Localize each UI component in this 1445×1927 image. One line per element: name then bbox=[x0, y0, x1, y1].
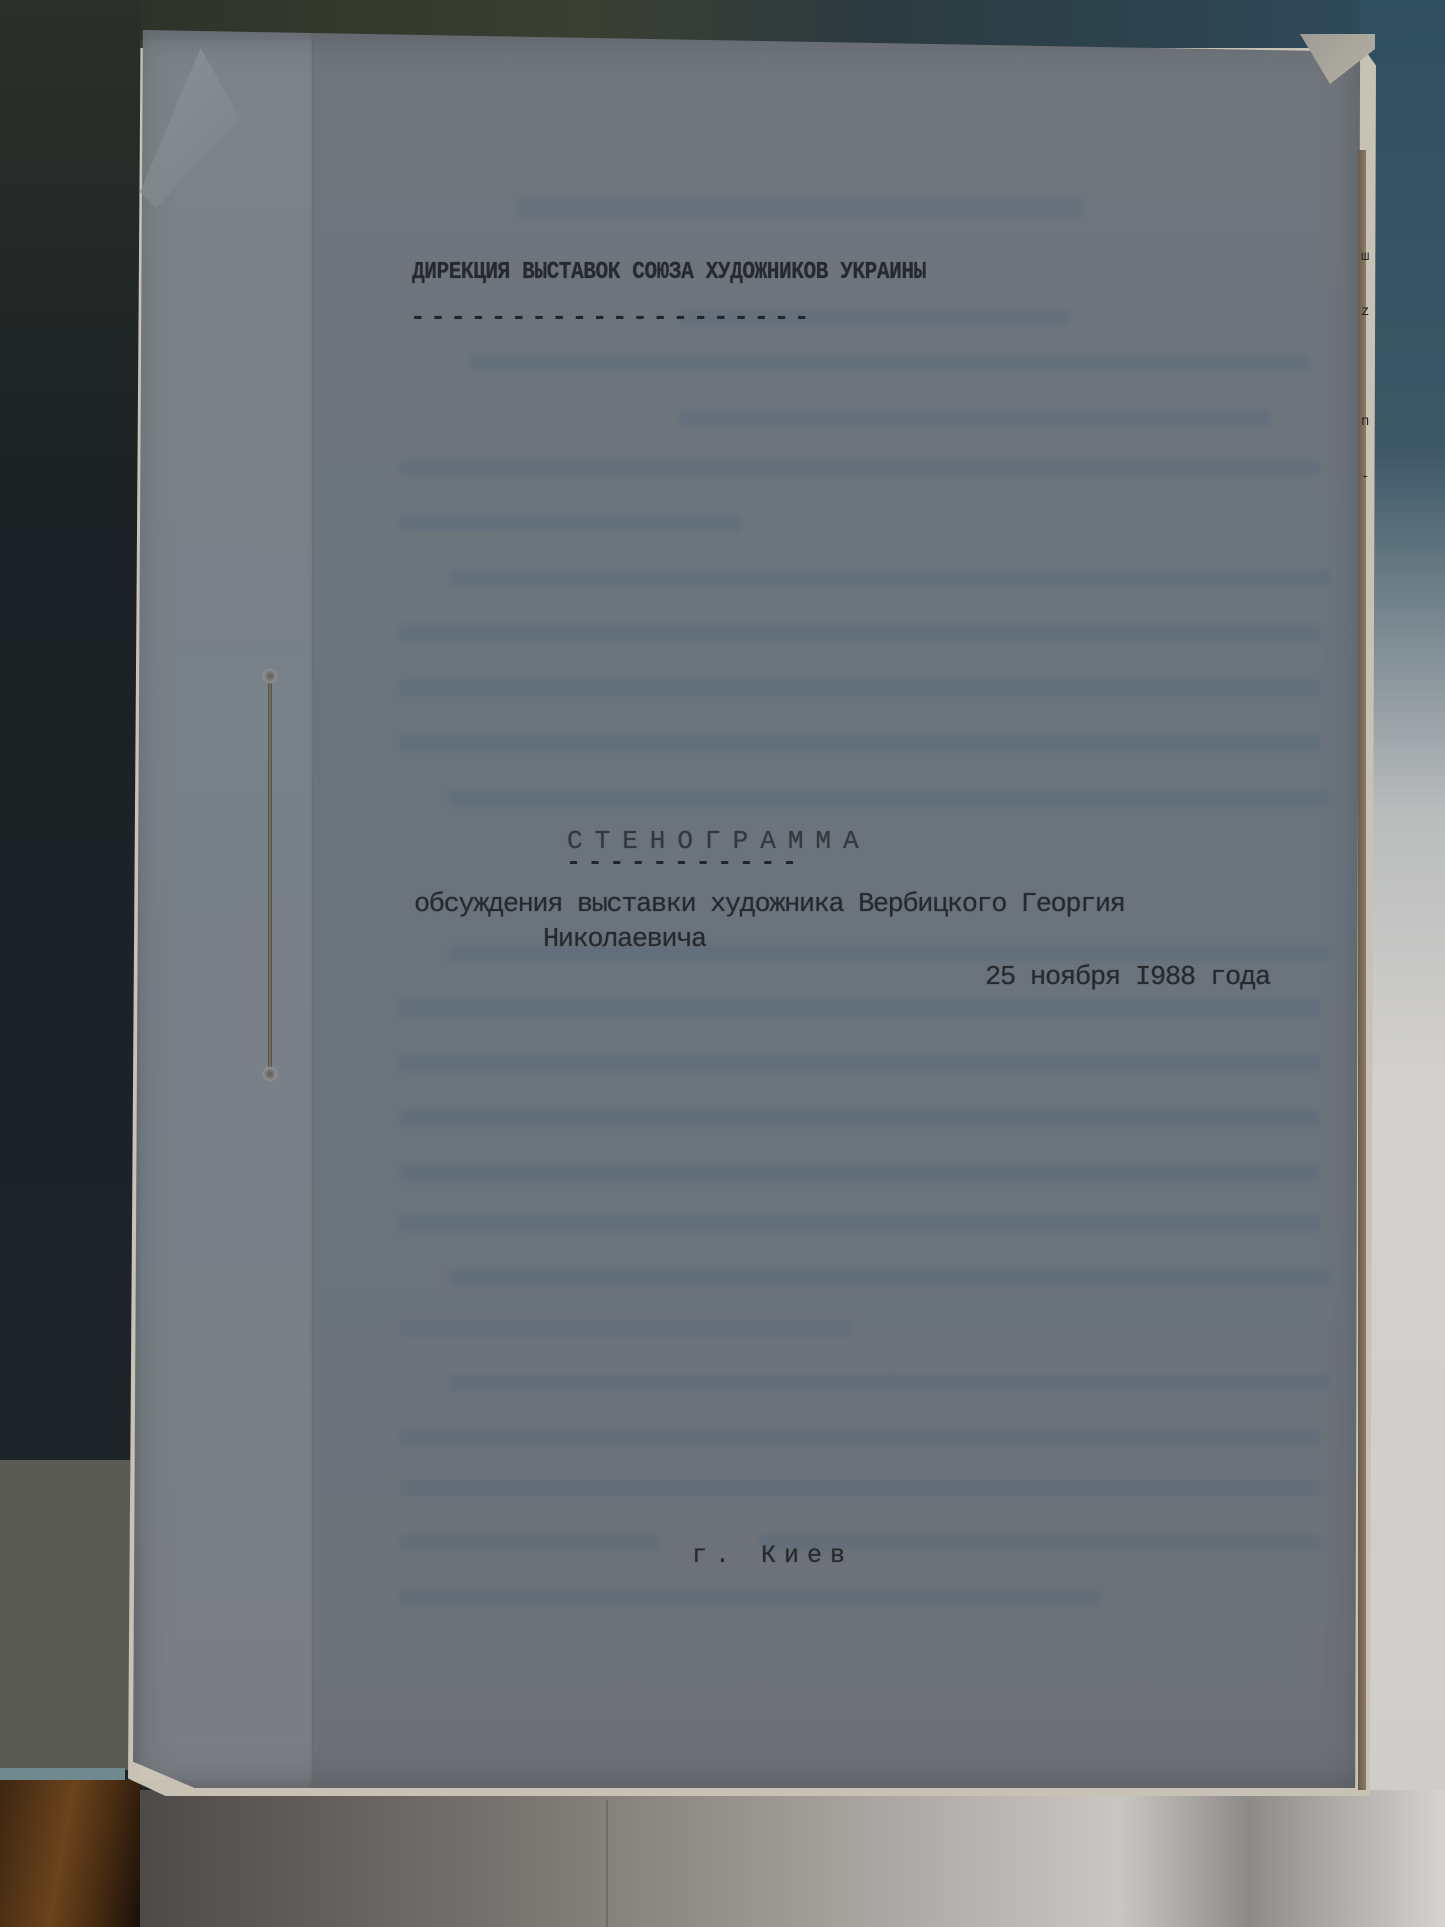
show-through-line bbox=[400, 1320, 850, 1336]
show-through-line bbox=[400, 1430, 1320, 1446]
organization-header: ДИРЕКЦИЯ ВЫСТАВОК СОЮЗА ХУДОЖНИКОВ УКРАИ… bbox=[412, 259, 926, 286]
document-subtitle-line-1: обсуждения выставки художника Вербицкого… bbox=[414, 890, 1125, 920]
thread-hole-top bbox=[262, 668, 278, 684]
show-through-line bbox=[470, 355, 1310, 371]
show-through-line bbox=[400, 1590, 1100, 1606]
show-through-line bbox=[400, 1165, 1320, 1181]
show-through-line bbox=[400, 625, 1320, 641]
show-through-line bbox=[450, 790, 1330, 806]
background-left-lower bbox=[0, 1460, 130, 1770]
show-through-line bbox=[400, 515, 740, 531]
binding-strip bbox=[140, 40, 313, 1780]
background-ledge bbox=[0, 1768, 125, 1780]
show-through-line bbox=[400, 1215, 1320, 1231]
title-underline: ----------- bbox=[566, 848, 804, 877]
background-floor bbox=[140, 1790, 1445, 1927]
document-subtitle-line-2: Николаевича bbox=[543, 925, 706, 955]
show-through-line bbox=[400, 1480, 1320, 1496]
show-through-line bbox=[400, 1535, 660, 1551]
show-through-line bbox=[680, 410, 1270, 426]
show-through-line bbox=[400, 680, 1320, 696]
next-page-margin-marks: ш z п - bbox=[1361, 230, 1369, 505]
show-through-line bbox=[520, 200, 1080, 216]
show-through-line bbox=[400, 735, 1320, 751]
binding-thread bbox=[268, 676, 272, 1074]
show-through-line bbox=[400, 1000, 1320, 1016]
show-through-line bbox=[400, 1110, 1320, 1126]
show-through-line bbox=[400, 1055, 1320, 1071]
document-city: г. Киев bbox=[692, 1541, 853, 1570]
show-through-line bbox=[450, 1375, 1330, 1391]
show-through-line bbox=[450, 570, 1330, 586]
background-wood bbox=[0, 1780, 140, 1927]
show-through-line bbox=[400, 460, 1320, 476]
floor-seam bbox=[606, 1800, 608, 1927]
thread-hole-bottom bbox=[262, 1066, 278, 1082]
show-through-line bbox=[450, 1270, 1330, 1286]
document-date: 25 ноября I988 года bbox=[985, 963, 1270, 993]
organization-underline: -------------------- bbox=[410, 302, 814, 332]
